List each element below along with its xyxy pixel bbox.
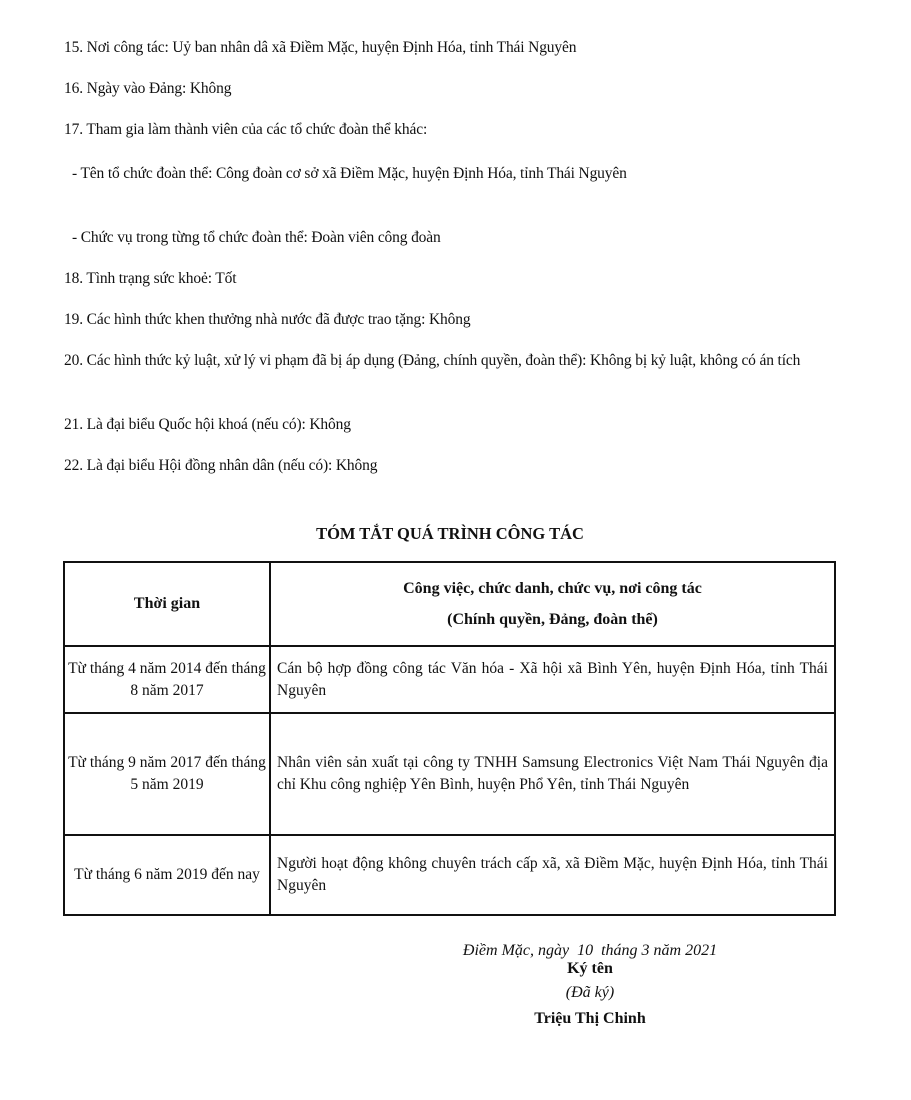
item-17-organizations: 17. Tham gia làm thành viên của các tổ c… <box>64 119 836 141</box>
signature-label: Ký tên <box>400 959 780 979</box>
item-15-workplace: 15. Nơi công tác: Uỷ ban nhân dâ xã Điềm… <box>64 37 836 59</box>
item-20-discipline: 20. Các hình thức kỷ luật, xử lý vi phạm… <box>64 350 836 372</box>
table-row: Từ tháng 6 năm 2019 đến nay Người hoạt đ… <box>64 835 835 915</box>
row-time: Từ tháng 9 năm 2017 đến tháng 5 năm 2019 <box>64 713 270 835</box>
table-header-row: Thời gian Công việc, chức danh, chức vụ,… <box>64 562 835 646</box>
row-work: Nhân viên sản xuất tại công ty TNHH Sams… <box>270 713 835 835</box>
header-work-line1: Công việc, chức danh, chức vụ, nơi công … <box>403 580 702 597</box>
item-16-party-date: 16. Ngày vào Đảng: Không <box>64 78 836 100</box>
signature-place-date: Điềm Mặc, ngày 10 tháng 3 năm 2021 <box>400 941 780 961</box>
row-time: Từ tháng 4 năm 2014 đến tháng 8 năm 2017 <box>64 646 270 713</box>
item-22-peoples-council: 22. Là đại biểu Hội đồng nhân dân (nếu c… <box>64 455 836 477</box>
row-work: Cán bộ hợp đồng công tác Văn hóa - Xã hộ… <box>270 646 835 713</box>
row-time: Từ tháng 6 năm 2019 đến nay <box>64 835 270 915</box>
row-work: Người hoạt động không chuyên trách cấp x… <box>270 835 835 915</box>
header-work: Công việc, chức danh, chức vụ, nơi công … <box>270 562 835 646</box>
item-17-org-position: - Chức vụ trong từng tổ chức đoàn thể: Đ… <box>64 227 836 249</box>
signatory-name: Triệu Thị Chinh <box>400 1009 780 1029</box>
item-18-health: 18. Tình trạng sức khoẻ: Tốt <box>64 268 836 290</box>
header-work-line2: (Chính quyền, Đảng, đoàn thể) <box>277 609 828 631</box>
item-21-national-assembly: 21. Là đại biểu Quốc hội khoá (nếu có): … <box>64 414 836 436</box>
header-time: Thời gian <box>64 562 270 646</box>
work-history-table: Thời gian Công việc, chức danh, chức vụ,… <box>63 561 836 916</box>
table-row: Từ tháng 4 năm 2014 đến tháng 8 năm 2017… <box>64 646 835 713</box>
table-row: Từ tháng 9 năm 2017 đến tháng 5 năm 2019… <box>64 713 835 835</box>
item-17-org-name: - Tên tổ chức đoàn thể: Công đoàn cơ sở … <box>64 163 836 185</box>
item-19-awards: 19. Các hình thức khen thưởng nhà nước đ… <box>64 309 836 331</box>
section-title: TÓM TẮT QUÁ TRÌNH CÔNG TÁC <box>64 523 836 545</box>
signature-status: (Đã ký) <box>400 983 780 1003</box>
